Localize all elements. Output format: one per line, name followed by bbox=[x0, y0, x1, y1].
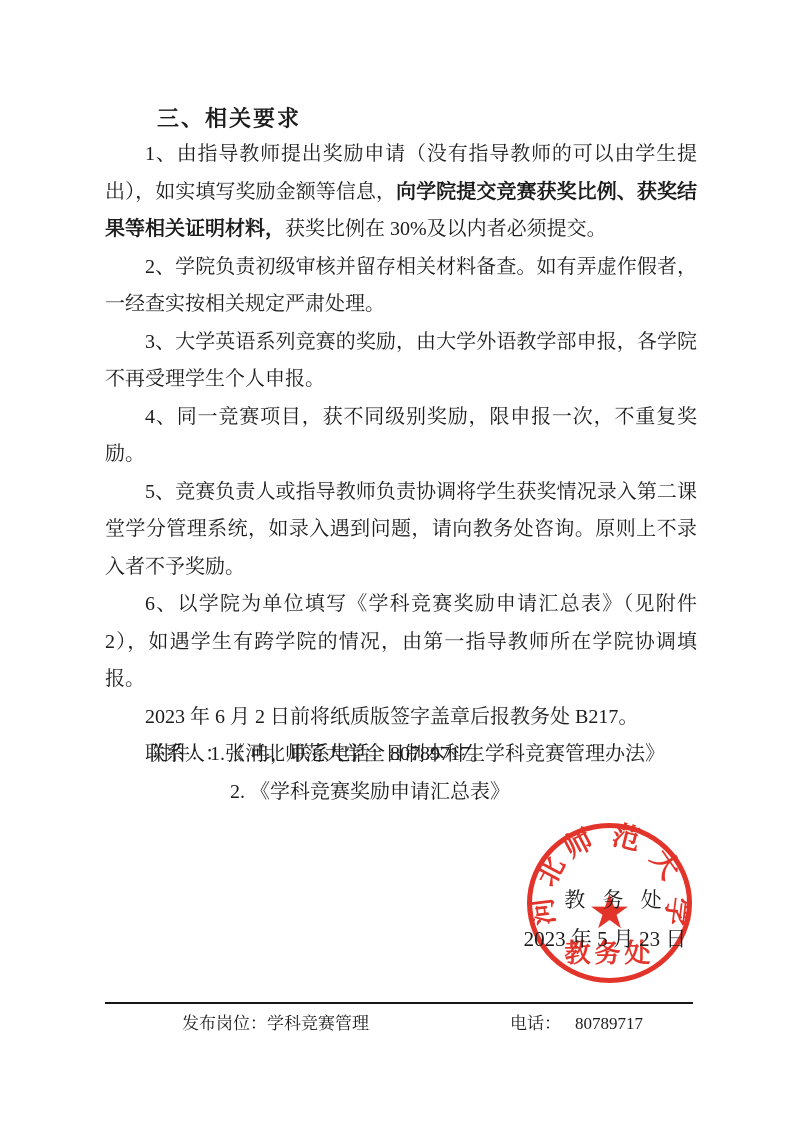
signature-date: 2023 年 5 月 23 日 bbox=[515, 923, 695, 953]
paragraph-deadline: 2023 年 6 月 2 日前将纸质版签字盖章后报教务处 B217。 bbox=[105, 699, 697, 737]
signature-office: 教 务 处 bbox=[526, 884, 706, 914]
attachments-block: 附件：1.《河北师范大学全日制本科生学科竞赛管理办法》 2. 《学科竞赛奖励申请… bbox=[105, 736, 697, 811]
paragraph-2: 2、学院负责初级审核并留存相关材料备查。如有弄虚作假者，一经查实按相关规定严肃处… bbox=[105, 249, 697, 324]
attachment-line-1: 附件：1.《河北师范大学全日制本科生学科竞赛管理办法》 bbox=[150, 736, 697, 774]
paragraph-3: 3、大学英语系列竞赛的奖励，由大学外语教学部申报，各学院不再受理学生个人申报。 bbox=[105, 324, 697, 399]
attachments-label: 附件： bbox=[150, 743, 210, 765]
footer-phone: 电话：80789717 bbox=[510, 1009, 643, 1034]
paragraph-4: 4、同一竞赛项目，获不同级别奖励，限申报一次，不重复奖励。 bbox=[105, 399, 697, 474]
footer-publisher: 发布岗位：学科竞赛管理 bbox=[182, 1009, 369, 1034]
section-heading: 三、相关要求 bbox=[157, 102, 301, 133]
paragraph-6: 6、以学院为单位填写《学科竞赛奖励申请汇总表》（见附件 2），如遇学生有跨学院的… bbox=[105, 586, 697, 699]
document-page: 三、相关要求 1、由指导教师提出奖励申请（没有指导教师的可以由学生提出），如实填… bbox=[0, 0, 800, 1131]
paragraph-1: 1、由指导教师提出奖励申请（没有指导教师的可以由学生提出），如实填写奖励金额等信… bbox=[105, 136, 697, 249]
attachment-item-1: 1.《河北师范大学全日制本科生学科竞赛管理办法》 bbox=[210, 743, 665, 765]
seal-arc-char: 范 bbox=[608, 822, 642, 856]
footer-phone-label: 电话： bbox=[510, 1014, 561, 1033]
footer-divider bbox=[105, 1002, 693, 1004]
footer-phone-number: 80789717 bbox=[575, 1014, 643, 1033]
paragraph-5: 5、竞赛负责人或指导教师负责协调将学生获奖情况录入第二课堂学分管理系统，如录入遇… bbox=[105, 474, 697, 587]
attachment-item-2: 2. 《学科竞赛奖励申请汇总表》 bbox=[230, 774, 697, 812]
body-text: 1、由指导教师提出奖励申请（没有指导教师的可以由学生提出），如实填写奖励金额等信… bbox=[105, 136, 697, 774]
paragraph-1-suffix: 获奖比例在 30%及以内者必须提交。 bbox=[285, 218, 607, 240]
